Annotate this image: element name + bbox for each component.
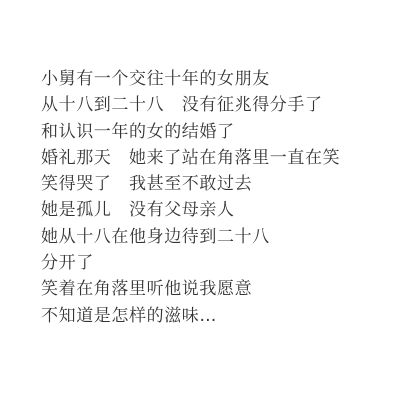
text-line: 和认识一年的女的结婚了 bbox=[41, 119, 340, 145]
text-line: 小舅有一个交往十年的女朋友 bbox=[41, 66, 340, 92]
poem-text: 小舅有一个交往十年的女朋友 从十八到二十八 没有征兆得分手了 和认识一年的女的结… bbox=[41, 66, 340, 329]
text-line: 从十八到二十八 没有征兆得分手了 bbox=[41, 92, 340, 118]
text-line: 婚礼那天 她来了站在角落里一直在笑 bbox=[41, 145, 340, 171]
text-line: 她从十八在他身边待到二十八 bbox=[41, 224, 340, 250]
text-line: 笑得哭了 我甚至不敢过去 bbox=[41, 171, 340, 197]
text-line: 不知道是怎样的滋味… bbox=[41, 303, 340, 329]
text-line: 笑着在角落里听他说我愿意 bbox=[41, 276, 340, 302]
text-line: 分开了 bbox=[41, 250, 340, 276]
text-line: 她是孤儿 没有父母亲人 bbox=[41, 197, 340, 223]
